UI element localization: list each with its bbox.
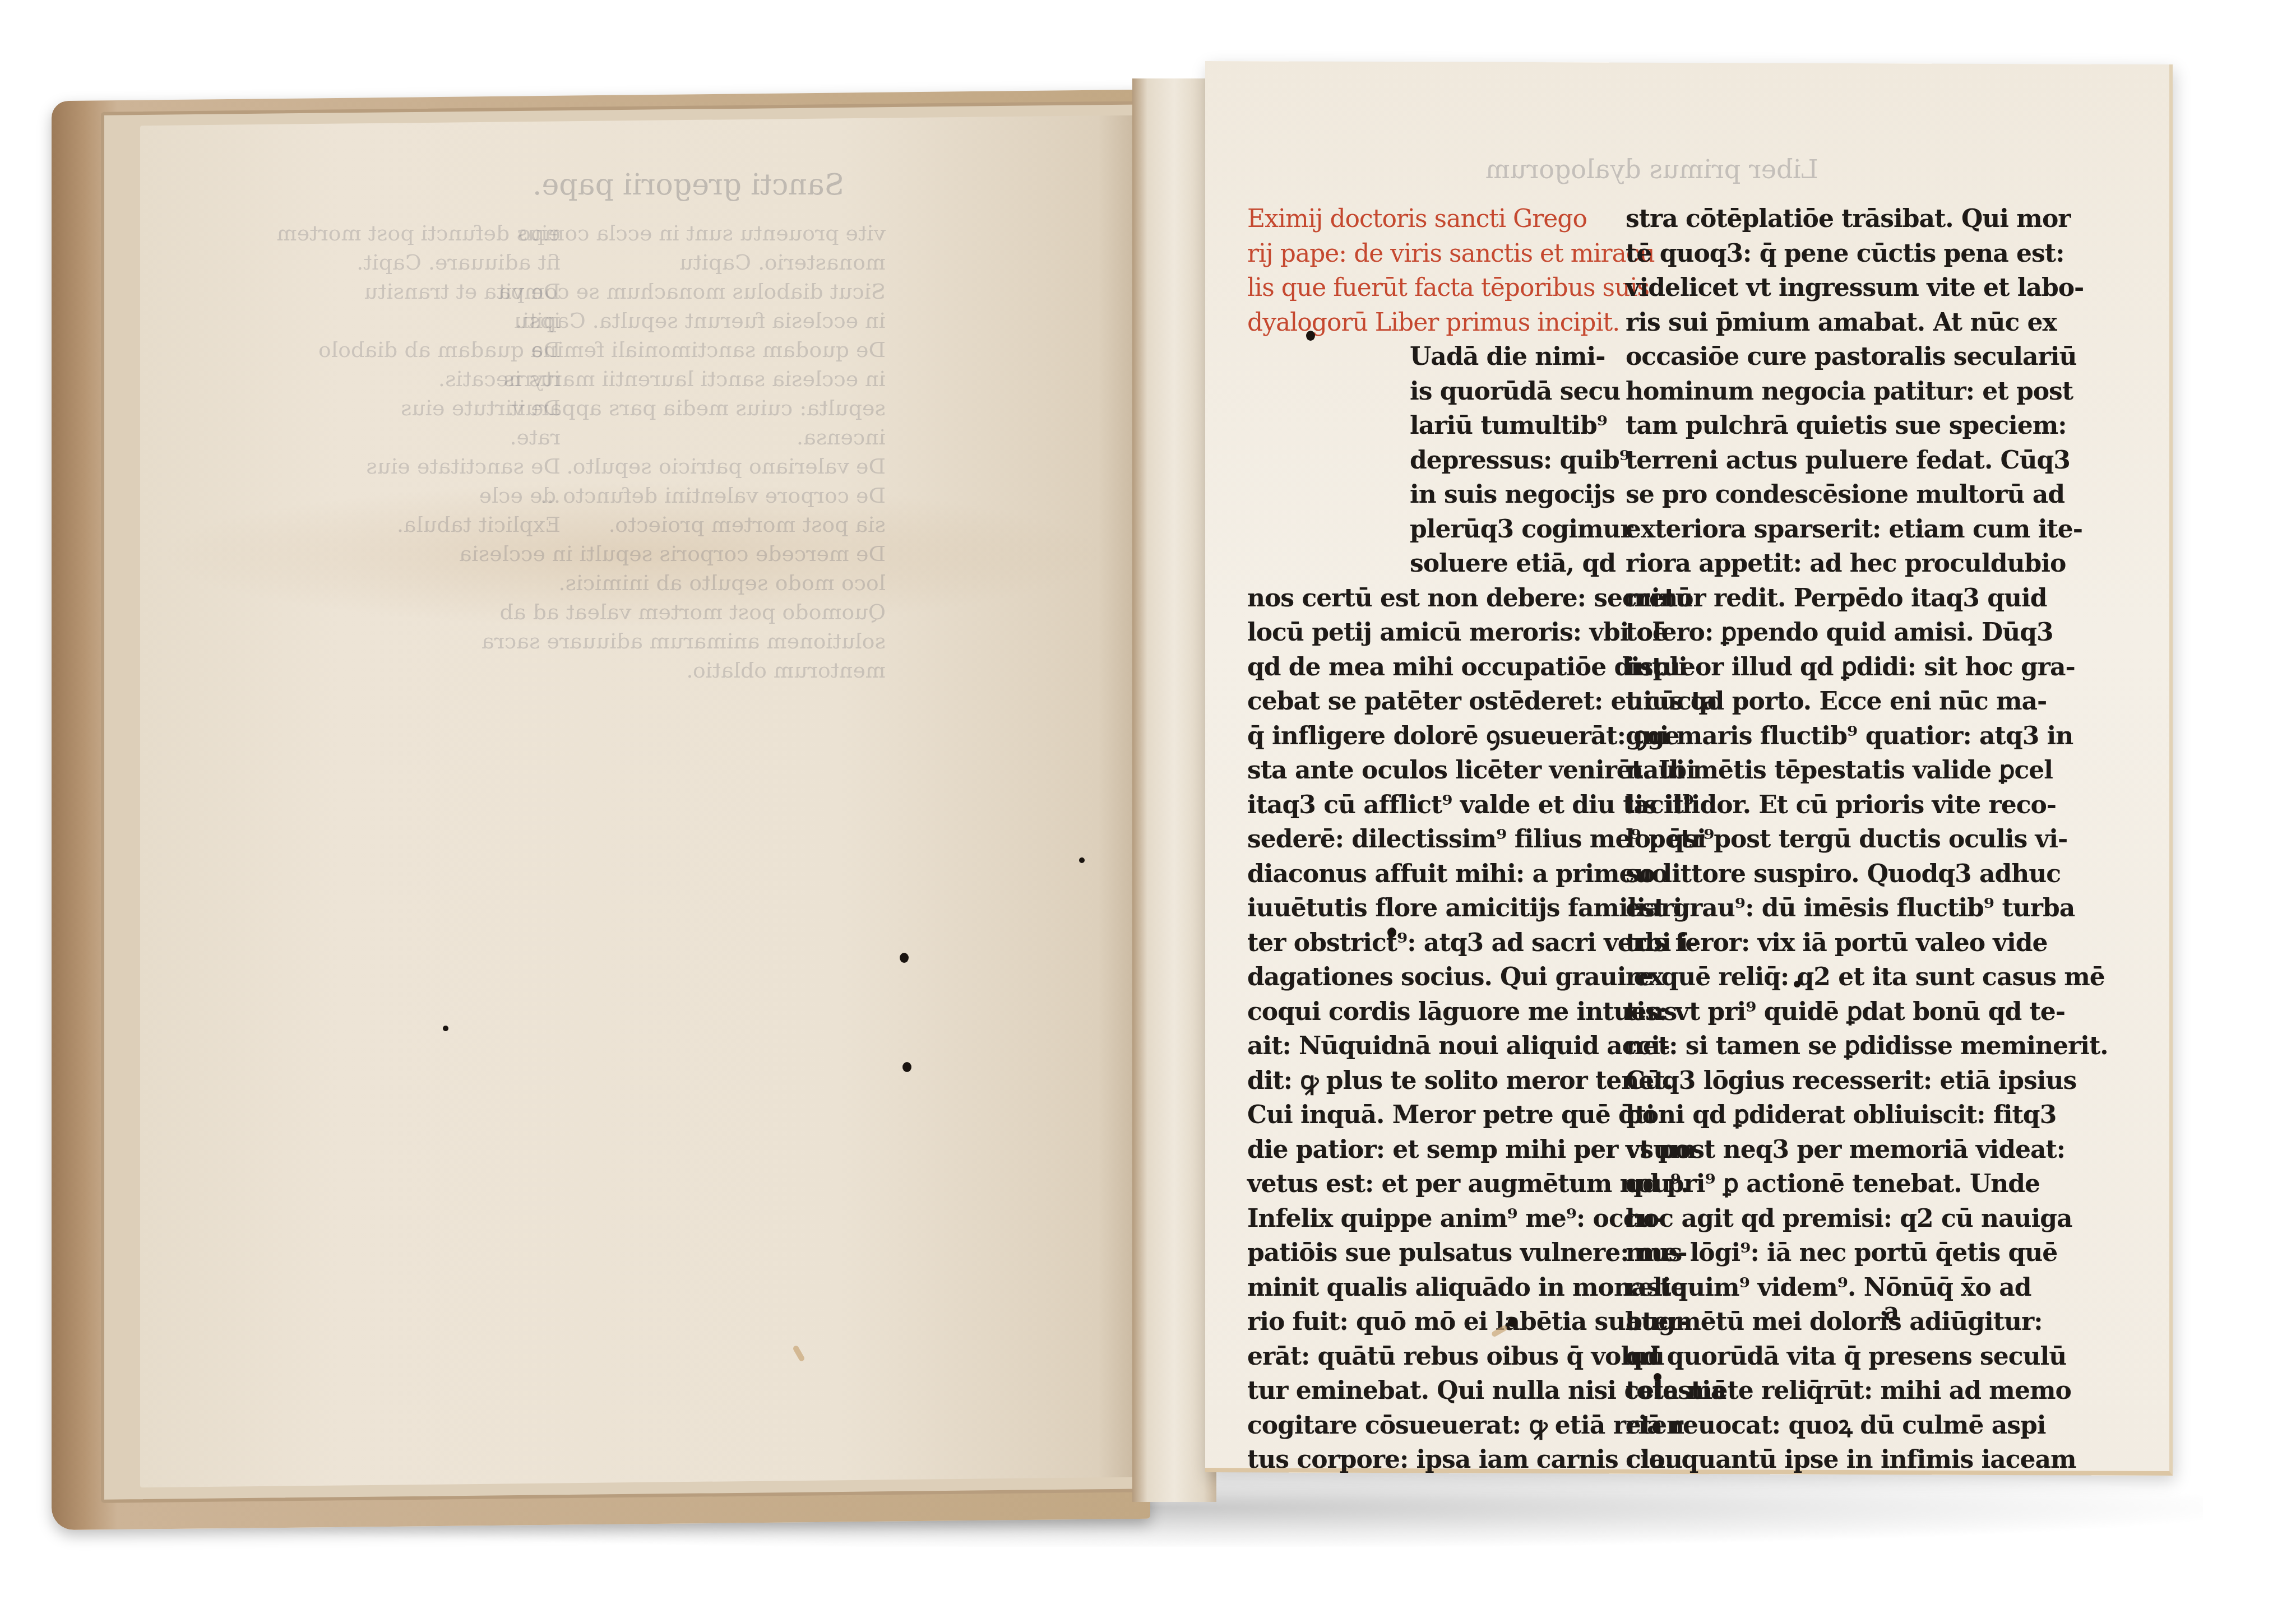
- text-line: iuuētutis flore amicitijs familiari: [1247, 891, 1606, 926]
- text-line: hoc agit qd premisi: q2 cū nauiga: [1626, 1202, 1984, 1236]
- wormhole: [443, 1026, 448, 1031]
- text-line: ...: [303, 481, 561, 510]
- text-line: hominum negocia patitur: et post: [1626, 374, 1984, 409]
- text-line: De quadam ab diabolo: [303, 335, 561, 364]
- text-line: vt post neq3 per memoriā videat:: [1626, 1133, 1984, 1167]
- column-a-body: nos certū est non debere: secretūlocū pe…: [1247, 581, 1606, 1477]
- text-line: locū petij amicū meroris: vbi oē: [1247, 615, 1606, 650]
- text-line: so littore suspiro. Quodq3 adhuc: [1626, 857, 1984, 892]
- text-line: lariū tumultib⁹: [1247, 409, 1606, 443]
- text-line: tus feror: vix iā portū valeo vide: [1626, 926, 1984, 961]
- text-line: fit adiuuare. Capit.: [303, 248, 561, 277]
- text-line: re quē reliq̄: q2 et ita sunt casus mē: [1626, 960, 1984, 995]
- text-line: intueor illud qd ꝑdidi: sit hoc gra-: [1626, 650, 1984, 685]
- text-line: sia post mortem proiecto.: [572, 510, 886, 539]
- text-column-b: stra cōtēplatiōe trāsibat. Qui mortē quo…: [1626, 202, 1984, 1477]
- text-line: qd quorūdā vita q̄ presens seculū: [1626, 1339, 1984, 1374]
- text-line: mus lōgi⁹: iā nec portū q̄etis quē: [1626, 1236, 1984, 1270]
- text-line: riora appetit: ad hec proculdubio: [1626, 546, 1984, 581]
- text-line: ris sui p̄mium amabat. At nūc ex: [1626, 305, 1984, 340]
- text-line: soluere etiā, qd: [1247, 546, 1606, 581]
- rubric-line: dyalogorū Liber primus incipit.: [1247, 305, 1606, 340]
- text-line: riā reuocat: quoꝝ dū culmē aspi: [1626, 1408, 1984, 1443]
- text-line: mentorum oblatio.: [572, 656, 886, 685]
- text-line: solutionem animarum adiuuare sacra: [572, 627, 886, 656]
- text-line: Infelix quippe anim⁹ me⁹: occu-: [1247, 1202, 1606, 1236]
- text-line: qd de mea mihi occupatiōe displi: [1247, 650, 1606, 685]
- text-line: De sanctitate eius: [303, 452, 561, 481]
- text-line: uius qd porto. Ecce eni nūc ma-: [1626, 684, 1984, 719]
- text-line: ait: Nūquidnā noui aliquid acci-: [1247, 1029, 1606, 1064]
- text-line: Cui inquā. Meror petre quē q̄ti: [1247, 1098, 1606, 1133]
- text-line: rate.: [303, 423, 561, 452]
- text-line: net: si tamen se ꝑdidisse meminerit.: [1626, 1029, 1984, 1064]
- text-line: vite prouentu sunt in eccla compo: [572, 219, 886, 248]
- wormhole: [902, 1062, 911, 1072]
- text-line: depressus: quib⁹: [1247, 443, 1606, 478]
- text-line: sta ante oculos licēter venirēt. Ibi: [1247, 753, 1606, 788]
- text-line: cogitare cōsueuerat: ꝙ etiā reten: [1247, 1408, 1606, 1443]
- text-line: in ecclesia sancti laurentii martyris: [572, 364, 886, 393]
- wormhole: [900, 953, 909, 963]
- rubric-line: rij pape: de viris sanctis et miracu: [1247, 237, 1606, 271]
- text-line: vetus est: et per augmētum nou⁹.: [1247, 1167, 1606, 1202]
- text-line: rio fuit: quō mō ei labētia subter-: [1247, 1305, 1606, 1339]
- text-line: q̄ infligere dolorē ꝯsueuerāt: ꝯge: [1247, 719, 1606, 754]
- text-line: sederē: dilectissim⁹ filius me⁹ petr⁹: [1247, 822, 1606, 857]
- text-line: De vita et transitu: [303, 277, 561, 306]
- text-line: lis illidor. Et cū prioris vite reco-: [1626, 788, 1984, 823]
- column-b-body: stra cōtēplatiōe trāsibat. Qui mortē quo…: [1626, 202, 1984, 1477]
- text-line: in ecclesia fuerunt sepulta. Capitu: [572, 306, 886, 335]
- wormhole: [1306, 331, 1315, 341]
- text-line: se pro condescēsione multorū ad: [1626, 477, 1984, 512]
- text-line: stra cōtēplatiōe trāsibat. Qui mor: [1626, 202, 1984, 237]
- text-line: Cūq3 lōgius recesserit: etiā ipsius: [1626, 1064, 1984, 1098]
- text-line: nos certū est non debere: secretū: [1247, 581, 1606, 616]
- text-line: ter obstrict⁹: atq3 ad sacri verbi i-: [1247, 926, 1606, 961]
- text-line: occasiōe cure pastoralis seculariū: [1626, 340, 1984, 374]
- text-line: videlicet vt ingressum vite et labo-: [1626, 271, 1984, 305]
- text-line: dagationes socius. Qui graui ex: [1247, 960, 1606, 995]
- text-line: diaconus affuit mihi: a primeuo: [1247, 857, 1606, 892]
- rubric-line: lis que fuerūt facta tēporibus suis: [1247, 271, 1606, 305]
- right-showthrough-header: Liber primus dyalogorum: [1485, 154, 1818, 184]
- text-line: boni qd ꝑdiderat obliuiscit: fitq3: [1626, 1098, 1984, 1133]
- text-line: minor redit. Perpēdo itaq3 quid: [1626, 581, 1984, 616]
- text-line: De corpore valentini defuncto de ecle: [572, 481, 886, 510]
- text-line: exteriora sparserit: etiam cum ite-: [1626, 512, 1984, 547]
- initial-space-lines: Uadā die nimi-is quorūdā seculariū tumul…: [1247, 340, 1606, 581]
- text-line: De valeriano patricio sepulto.: [572, 452, 886, 481]
- text-line: est grau⁹: dū imēsis fluctib⁹ turba: [1626, 891, 1984, 926]
- text-line: Uadā die nimi-: [1247, 340, 1606, 374]
- text-line: tur eminebat. Qui nulla nisi celestia: [1247, 1374, 1606, 1408]
- text-line: plerūq3 cogimur: [1247, 512, 1606, 547]
- text-line: reliquim⁹ videm⁹. Nōnūq̄ x̄o ad: [1626, 1270, 1984, 1305]
- text-line: tē quoq3: q̄ pene cūctis pena est:: [1626, 237, 1984, 271]
- text-line: De quodam sanctimoniali femina: [572, 335, 886, 364]
- text-line: augmētū mei doloris adiūgitur:: [1626, 1305, 1984, 1339]
- text-line: die patior: et semp mihi per vsum: [1247, 1133, 1606, 1167]
- text-line: naui mētis tēpestatis valide ꝑcel: [1626, 753, 1984, 788]
- wormhole: [1387, 928, 1396, 938]
- text-line: tota mēte reliq̄rūt: mihi ad memo: [1626, 1374, 1984, 1408]
- text-line: tis: vt pri⁹ quidē ꝑdat bonū qd te-: [1626, 995, 1984, 1030]
- text-line: dit: ꝙ plus te solito meror tenet.: [1247, 1064, 1606, 1098]
- text-line: erāt: quātū rebus oibus q̄ voluū: [1247, 1339, 1606, 1374]
- text-line: Sicut diabolus monachum se compa: [572, 277, 886, 306]
- text-line: gni maris fluctib⁹ quatior: atq3 in: [1626, 719, 1984, 754]
- wormhole: [1654, 1373, 1661, 1381]
- wormhole: [1508, 1317, 1517, 1327]
- text-line: coqui cordis lāguore me intuens: [1247, 995, 1606, 1030]
- text-line: Explicit tabula.: [303, 510, 561, 539]
- text-line: cebat se patēter ostēderet: et cūcta: [1247, 684, 1606, 719]
- text-line: in suis negocijs: [1247, 477, 1606, 512]
- text-line: sepulta: cuius media pars apparuit: [572, 393, 886, 423]
- signature-mark: a: [1883, 1297, 1900, 1326]
- text-line: terreni actus puluere fedat. Cūq3: [1626, 443, 1984, 478]
- text-line: qd pri⁹ ꝑ actionē tenebat. Unde: [1626, 1167, 1984, 1202]
- text-line: tam pulchrā quietis sue speciem:: [1626, 409, 1984, 443]
- text-line: is quorūdā secu: [1247, 374, 1606, 409]
- left-showthrough-column-2: eius defuncti post mortemfit adiuuare. C…: [303, 219, 561, 539]
- text-line: ipsi.: [303, 306, 561, 335]
- text-line: Quomodo post mortem valeat ad ab: [572, 597, 886, 627]
- text-line: tolero: ꝑpendo quid amisi. Dūq3: [1626, 615, 1984, 650]
- left-showthrough-header: Sancti gregorii pape.: [533, 168, 844, 202]
- text-line: monasterio. Capitu: [572, 248, 886, 277]
- text-line: lo: q̄si post tergū ductis oculis vi-: [1626, 822, 1984, 857]
- book-gutter: [1132, 78, 1216, 1502]
- left-showthrough-column-1: vite prouentu sunt in eccla compomonaste…: [572, 219, 886, 685]
- text-line: ius necatis.: [303, 364, 561, 393]
- text-line: patiōis sue pulsatus vulnere: me-: [1247, 1236, 1606, 1270]
- text-column-a: Eximij doctoris sancti Grego rij pape: d…: [1247, 202, 1606, 1477]
- text-line: incensa.: [572, 423, 886, 452]
- text-line: cio: quantū ipse in infimis iaceam: [1626, 1443, 1984, 1477]
- text-line: De mercede corporis sepulti in ecclesia: [572, 539, 886, 568]
- wormhole: [1079, 857, 1085, 863]
- text-line: minit qualis aliquādo in monaste: [1247, 1270, 1606, 1305]
- text-line: eius defuncti post mortem: [303, 219, 561, 248]
- text-line: tus corpore: ipsa iam carnis clau: [1247, 1443, 1606, 1477]
- text-line: itaq3 cū afflict⁹ valde et diu tacit⁹: [1247, 788, 1606, 823]
- rubric-line: Eximij doctoris sancti Grego: [1247, 202, 1606, 237]
- wormhole: [1794, 981, 1800, 987]
- text-line: loco modo sepulto ab inimicis.: [572, 568, 886, 597]
- text-line: De virtute eius: [303, 393, 561, 423]
